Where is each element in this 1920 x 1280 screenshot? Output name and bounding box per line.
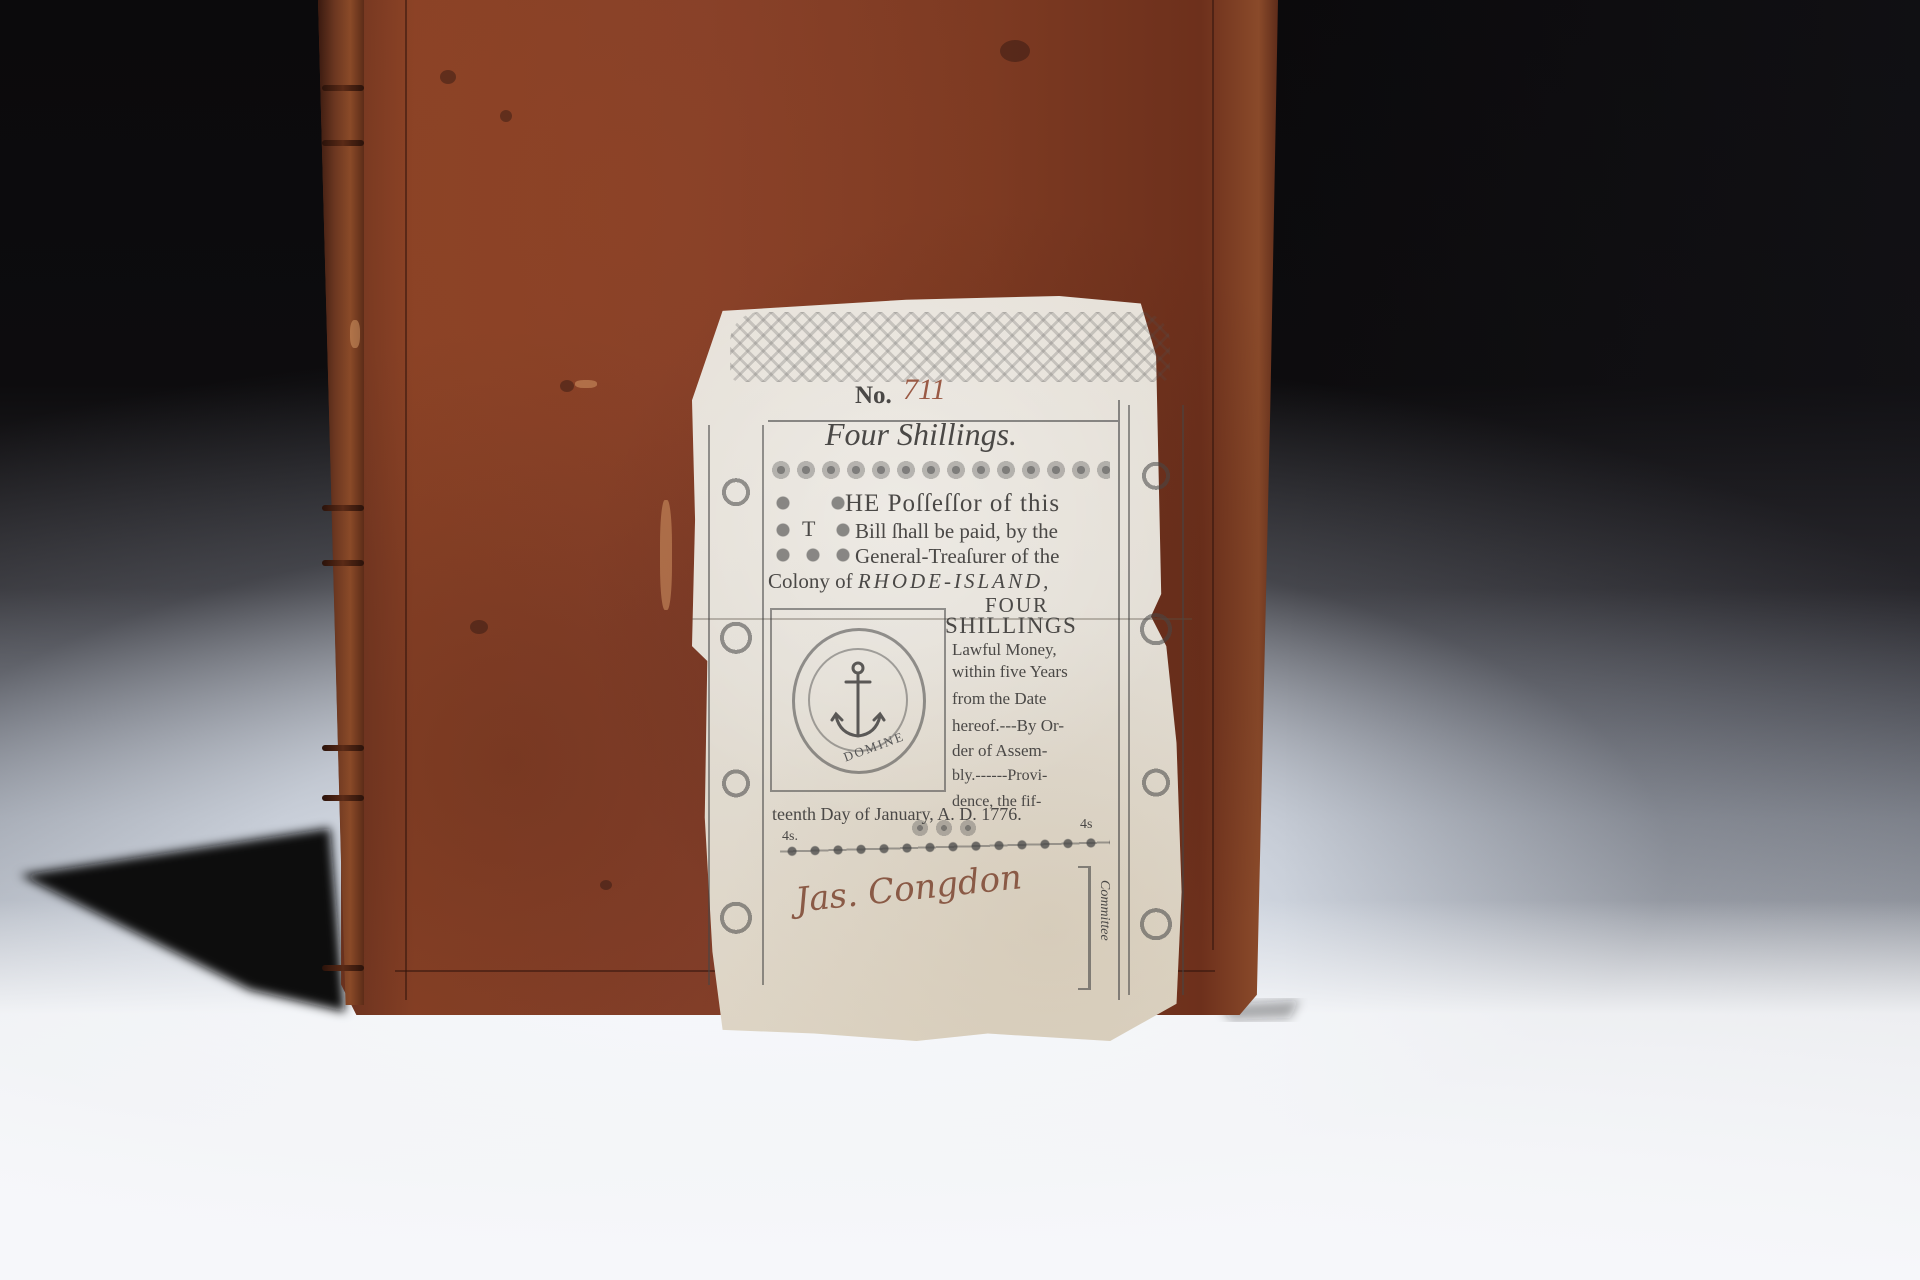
serial-label: No.: [855, 383, 892, 408]
leather-scuff: [660, 500, 672, 610]
body-line-4: Colony of RHODE-ISLAND,: [768, 571, 1051, 592]
leather-stain: [560, 380, 574, 392]
note-left-border-ornament: [708, 425, 764, 985]
body-line-2: Bill ſhall be paid, by the: [855, 521, 1058, 542]
colony-of-text: Colony of: [768, 569, 858, 593]
spine-raised-band: [322, 560, 364, 566]
cover-fillet-line: [1212, 0, 1214, 950]
terms-line-6: bly.------Provi-: [952, 768, 1112, 784]
leather-stain: [470, 620, 488, 634]
spine-raised-band: [322, 140, 364, 146]
note-right-border-ornament: [1128, 405, 1184, 995]
committee-label: Committee: [1097, 880, 1111, 941]
terms-line-3: from the Date: [952, 690, 1112, 707]
drop-cap: T: [802, 518, 815, 540]
spine-raised-band: [322, 795, 364, 801]
leather-stain: [440, 70, 456, 84]
book-spine: [318, 0, 364, 1005]
terms-line-2: within five Years: [952, 663, 1112, 680]
spine-raised-band: [322, 505, 364, 511]
note-frame-rule: [1118, 400, 1120, 1000]
amount-mark-right: 4s: [1080, 818, 1092, 832]
body-line-3: General-Treaſurer of the: [855, 546, 1059, 567]
anchor-icon: [830, 660, 886, 742]
spine-raised-band: [322, 745, 364, 751]
leather-stain: [500, 110, 512, 122]
small-rosette-icon: [910, 818, 980, 838]
cover-fillet-line: [405, 0, 407, 1000]
spine-raised-band: [322, 965, 364, 971]
denomination-title: Four Shillings.: [825, 418, 1017, 450]
leather-stain: [600, 880, 612, 890]
terms-line-5: der of Assem-: [952, 742, 1112, 759]
date-line: teenth Day of January, A. D. 1776.: [772, 805, 1022, 823]
terms-line-4: hereof.---By Or-: [952, 717, 1112, 734]
body-line-1: HE Poſſeſſor of this: [845, 491, 1060, 516]
spine-raised-band: [322, 85, 364, 91]
leather-scuff: [575, 380, 597, 388]
leather-scuff: [350, 320, 360, 348]
serial-number: 711: [903, 375, 946, 405]
note-top-ornament: [730, 312, 1170, 382]
leather-stain: [1000, 40, 1030, 62]
amount-heading-shillings: SHILLINGS: [945, 614, 1077, 637]
signature-bracket: [1078, 866, 1091, 990]
colony-name: RHODE-ISLAND,: [858, 569, 1052, 593]
terms-line-1: Lawful Money,: [952, 641, 1112, 658]
rosette-row-icon: [770, 459, 1110, 481]
